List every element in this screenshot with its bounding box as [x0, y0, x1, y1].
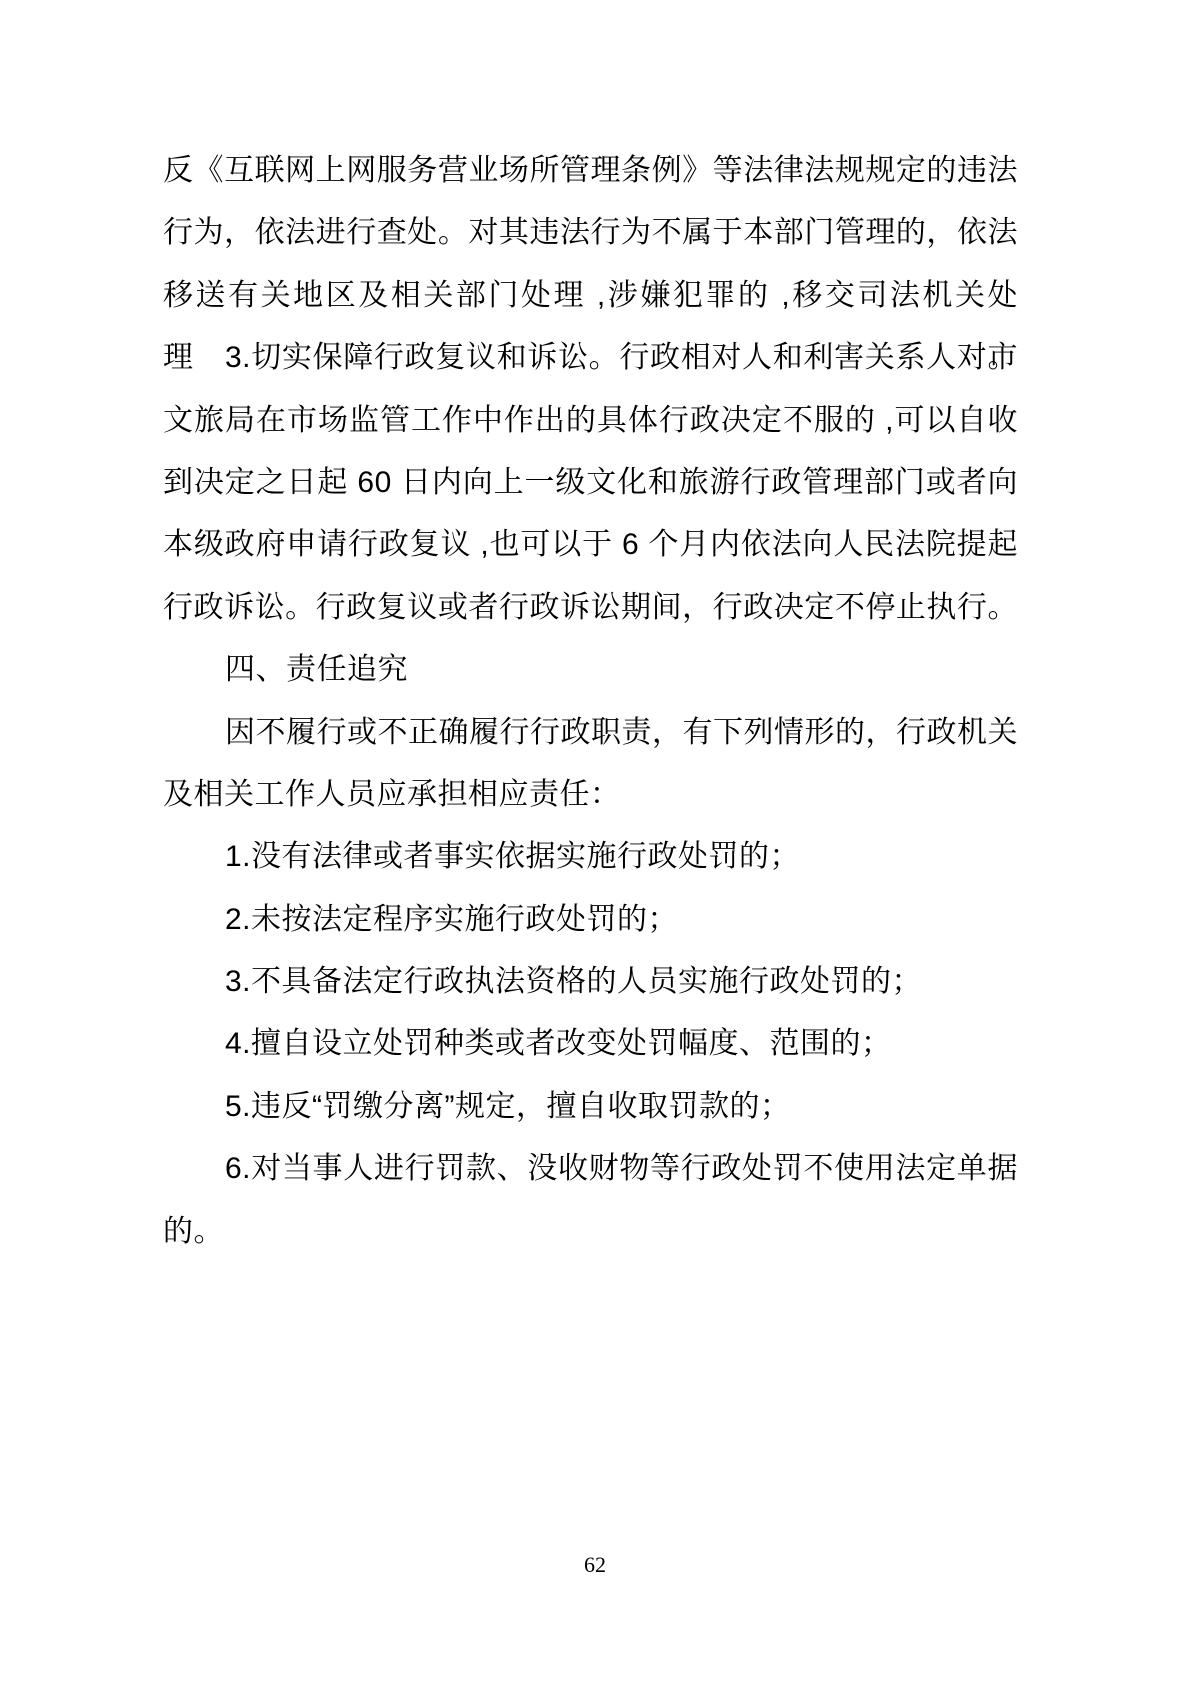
list-item: 6.对当事人进行罚款、没收财物等行政处罚不使用法定单据 — [163, 1138, 1018, 1200]
list-item: 3.不具备法定行政执法资格的人员实施行政处罚的； — [163, 951, 1018, 1013]
list-item: 2.未按法定程序实施行政处罚的； — [163, 889, 1018, 951]
page-number: 62 — [0, 1552, 1190, 1578]
section-heading: 四、责任追究 — [163, 639, 1018, 701]
text-line: 到决定之日起 60 日内向上一级文化和旅游行政管理部门或者向 — [163, 452, 1018, 514]
text-line: 移送有关地区及相关部门处理 ,涉嫌犯罪的 ,移交司法机关处理。 — [163, 265, 1018, 327]
text-line: 的。 — [163, 1201, 1018, 1263]
document-page: 反《互联网上网服务营业场所管理条例》等法律法规规定的违法 行为，依法进行查处。对… — [0, 0, 1190, 1683]
text-line: 因不履行或不正确履行行政职责，有下列情形的，行政机关 — [163, 702, 1018, 764]
text-line: 反《互联网上网服务营业场所管理条例》等法律法规规定的违法 — [163, 140, 1018, 202]
document-text-block: 反《互联网上网服务营业场所管理条例》等法律法规规定的违法 行为，依法进行查处。对… — [163, 140, 1018, 1263]
list-item: 5.违反“罚缴分离”规定，擅自收取罚款的； — [163, 1076, 1018, 1138]
text-line: 及相关工作人员应承担相应责任： — [163, 764, 1018, 826]
text-line: 3.切实保障行政复议和诉讼。行政相对人和利害关系人对市 — [163, 327, 1018, 389]
text-line: 文旅局在市场监管工作中作出的具体行政决定不服的 ,可以自收 — [163, 390, 1018, 452]
text-line: 行政诉讼。行政复议或者行政诉讼期间，行政决定不停止执行。 — [163, 577, 1018, 639]
text-line: 行为，依法进行查处。对其违法行为不属于本部门管理的，依法 — [163, 202, 1018, 264]
list-item: 1.没有法律或者事实依据实施行政处罚的； — [163, 826, 1018, 888]
list-item: 4.擅自设立处罚种类或者改变处罚幅度、范围的； — [163, 1013, 1018, 1075]
text-line: 本级政府申请行政复议 ,也可以于 6 个月内依法向人民法院提起 — [163, 514, 1018, 576]
